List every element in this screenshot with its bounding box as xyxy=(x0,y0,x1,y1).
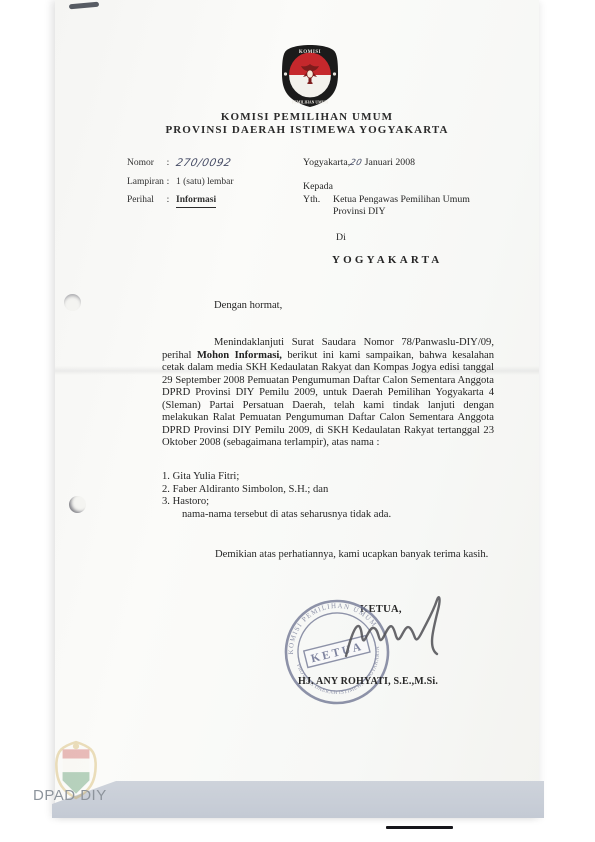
dateline-city: Yogyakarta, xyxy=(303,157,350,168)
scan-artifact-dash xyxy=(69,2,99,10)
meta-label-lampiran: Lampiran xyxy=(127,177,163,188)
recipient-name: Ketua Pengawas Pemilihan Umum xyxy=(333,194,470,205)
scanner-bed-shadow xyxy=(52,781,544,818)
dateline: Yogyakarta,20 Januari 2008 xyxy=(303,157,415,168)
salutation: Dengan hormat, xyxy=(214,300,282,311)
name-list: 1. Gita Yulia Fitri; 2. Faber Aldiranto … xyxy=(162,471,391,522)
name-list-note: nama-nama tersebut di atas seharusnya ti… xyxy=(162,509,391,522)
recipient-line: Yth. Ketua Pengawas Pemilihan Umum xyxy=(303,194,470,205)
meta-value-perihal: Informasi xyxy=(176,195,216,208)
signer-name: HJ. ANY ROHYATI, S.E.,M.Si. xyxy=(298,676,438,687)
punch-hole-top xyxy=(64,294,81,311)
kepada-label: Kepada xyxy=(303,181,333,192)
meta-label-perihal: Perihal xyxy=(127,195,163,208)
logo-top-text: KOMISI xyxy=(299,50,321,55)
meta-colon: : xyxy=(163,177,173,188)
meta-row-lampiran: Lampiran : 1 (satu) lembar xyxy=(127,177,234,188)
letter-paper: KOMISI PEMILIHAN UMUM KOMISI PEMILIHAN U… xyxy=(55,0,539,818)
meta-label-nomor: Nomor xyxy=(127,158,163,169)
letterhead-org-name: KOMISI PEMILIHAN UMUM xyxy=(75,111,539,123)
body-paragraph: Menindaklanjuti Surat Saudara Nomor 78/P… xyxy=(162,337,494,450)
paragraph-text-post: berikut ini kami sampaikan, bahwa kesala… xyxy=(162,350,494,449)
kpu-logo-icon: KOMISI PEMILIHAN UMUM xyxy=(281,44,339,108)
dateline-month-year: Januari 2008 xyxy=(365,157,415,168)
handwritten-signature xyxy=(338,592,480,670)
dateline-day-handwritten: 20 xyxy=(349,158,363,168)
meta-row-nomor: Nomor : 270/0092 xyxy=(127,158,234,169)
recipient-province: Provinsi DIY xyxy=(333,206,386,217)
letterhead-province: PROVINSI DAERAH ISTIMEWA YOGYAKARTA xyxy=(75,124,539,136)
meta-row-perihal: Perihal : Informasi xyxy=(127,195,234,208)
destination-city: YOGYAKARTA xyxy=(332,254,442,266)
di-label: Di xyxy=(336,232,346,243)
scan-artifact-black-line xyxy=(386,826,453,829)
meta-value-nomor-handwritten: 270/0092 xyxy=(175,158,232,169)
meta-colon: : xyxy=(163,195,173,208)
closing-sentence: Demikian atas perhatiannya, kami ucapkan… xyxy=(215,549,488,560)
meta-colon: : xyxy=(163,158,173,169)
yth-label: Yth. xyxy=(303,194,333,205)
meta-value-lampiran: 1 (satu) lembar xyxy=(176,177,234,188)
paragraph-text-bold: Mohon Informasi, xyxy=(197,350,282,361)
name-item-3: 3. Hastoro; xyxy=(162,496,391,509)
punch-hole-bottom xyxy=(69,496,86,513)
letter-meta: Nomor : 270/0092 Lampiran : 1 (satu) lem… xyxy=(127,158,234,215)
archive-watermark-text: DPAD DIY xyxy=(33,787,107,804)
name-item-1: 1. Gita Yulia Fitri; xyxy=(162,471,391,484)
logo-bottom-text: PEMILIHAN UMUM xyxy=(292,101,328,105)
scanned-letter-canvas: KOMISI PEMILIHAN UMUM KOMISI PEMILIHAN U… xyxy=(0,0,595,842)
name-item-2: 2. Faber Aldiranto Simbolon, S.H.; dan xyxy=(162,484,391,497)
